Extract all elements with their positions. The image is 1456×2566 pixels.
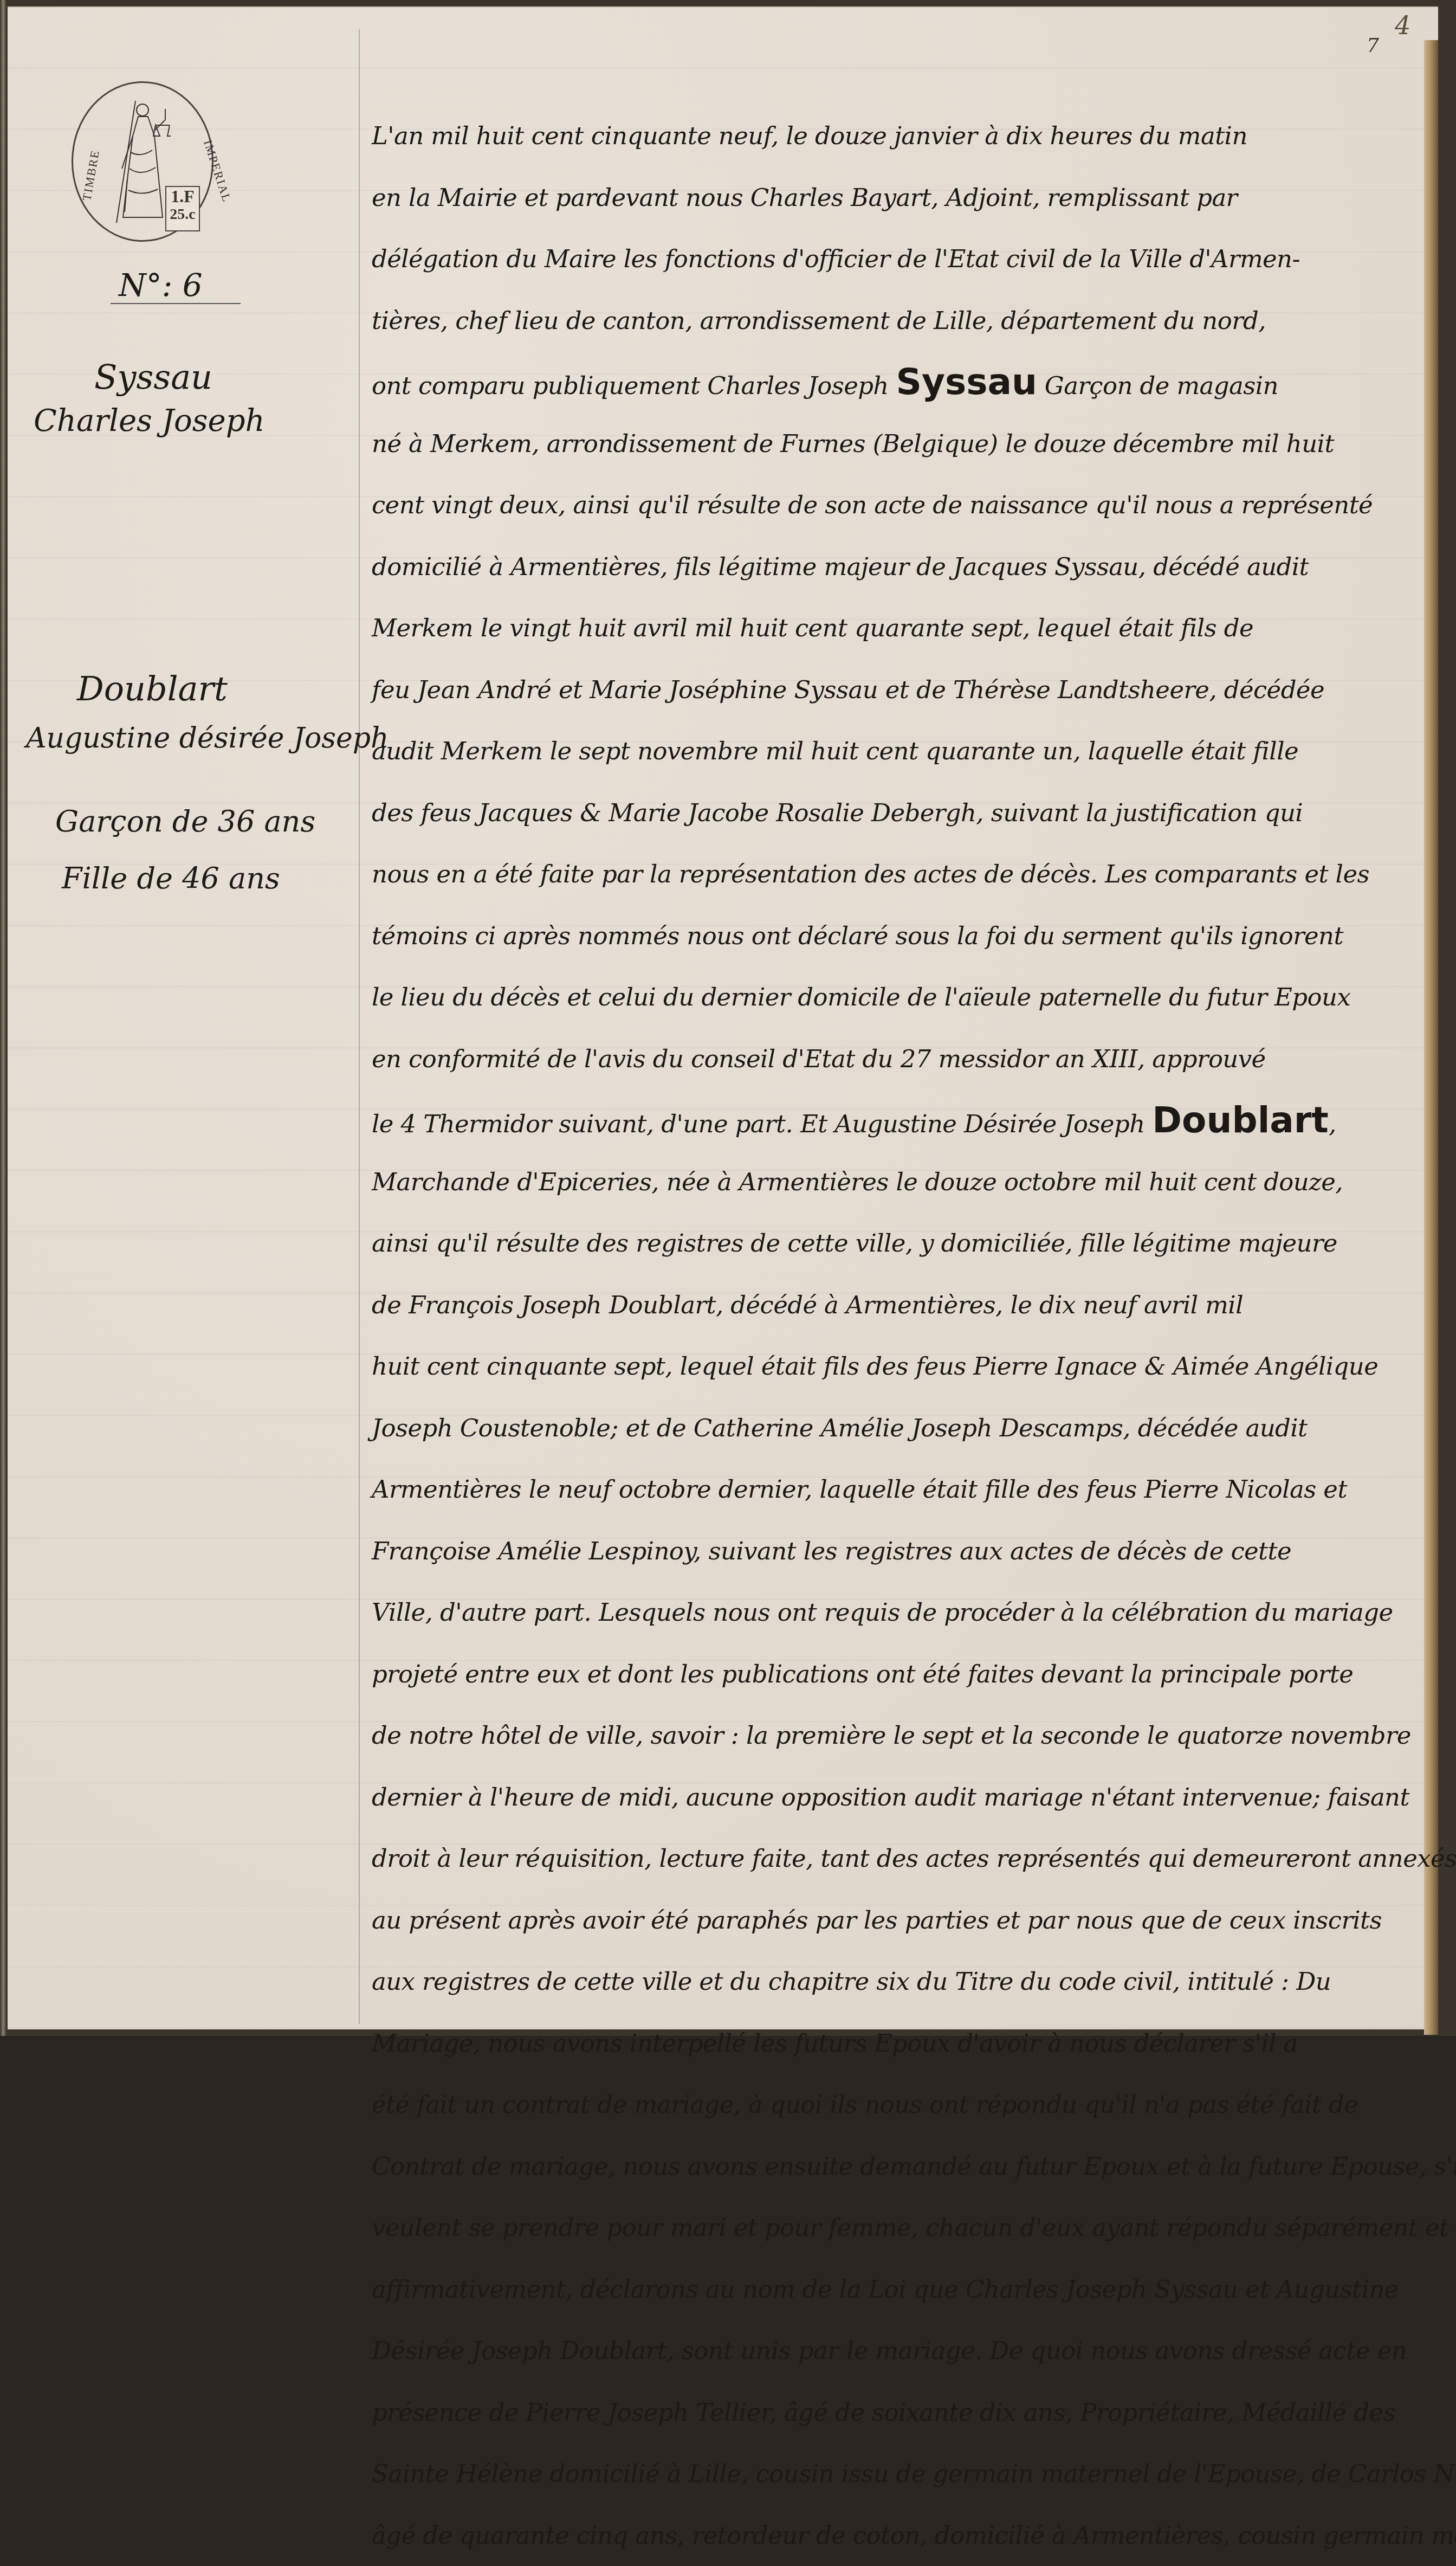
stamp-value: 1.F 25.c [165, 186, 200, 231]
act-line: Joseph Coustenoble; et de Catherine Amél… [372, 1397, 1434, 1459]
act-line: aux registres de cette ville et du chapi… [372, 1951, 1434, 2013]
bride-surname: Doublart [1152, 1099, 1329, 1141]
stamp-value-francs: 1.F [166, 187, 199, 205]
margin-bride-age: Fille de 46 ans [62, 861, 280, 895]
groom-surname: Syssau [896, 361, 1037, 403]
act-line-text: ont comparu publiquement Charles Joseph [372, 371, 896, 400]
act-line: en conformité de l'avis du conseil d'Eta… [372, 1028, 1434, 1090]
act-line: tières, chef lieu de canton, arrondissem… [372, 290, 1434, 352]
act-line: domicilié à Armentières, fils légitime m… [372, 536, 1434, 598]
act-line: droit à leur réquisition, lecture faite,… [372, 1828, 1434, 1890]
act-line: ont comparu publiquement Charles Joseph … [372, 351, 1434, 413]
act-line: ainsi qu'il résulte des registres de cet… [372, 1213, 1434, 1274]
act-line: audit Merkem le sept novembre mil huit c… [372, 720, 1434, 782]
act-line: nous en a été faite par la représentatio… [372, 843, 1434, 905]
entry-number: N°: 6 [119, 267, 203, 304]
act-line: Ville, d'autre part. Lesquels nous ont r… [372, 1582, 1434, 1643]
folio-number: 4 [1395, 11, 1410, 40]
act-line: le 4 Thermidor suivant, d'une part. Et A… [372, 1089, 1434, 1151]
act-line: dernier à l'heure de midi, aucune opposi… [372, 1766, 1434, 1828]
act-line: L'an mil huit cent cinquante neuf, le do… [372, 105, 1434, 167]
act-line: projeté entre eux et dont les publicatio… [372, 1643, 1434, 1705]
margin-bride-given-names: Augustine désirée Joseph [26, 722, 389, 755]
act-line-text: le 4 Thermidor suivant, d'une part. Et A… [372, 1110, 1152, 1138]
folio-mark: 7 [1367, 35, 1379, 57]
act-line: feu Jean André et Marie Joséphine Syssau… [372, 659, 1434, 721]
act-line: Mariage, nous avons interpellé les futur… [372, 2013, 1434, 2036]
act-line: de notre hôtel de ville, savoir : la pre… [372, 1705, 1434, 1766]
act-line: des feus Jacques & Marie Jacobe Rosalie … [372, 782, 1434, 844]
margin-groom-surname: Syssau [94, 357, 212, 397]
act-line: le lieu du décès et celui du dernier dom… [372, 966, 1434, 1028]
stamp-text-right: IMPERIAL [200, 138, 234, 204]
act-line: Françoise Amélie Lespinoy, suivant les r… [372, 1520, 1434, 1582]
act-line: témoins ci après nommés nous ont déclaré… [372, 905, 1434, 967]
entry-number-underline [111, 303, 241, 304]
act-line: de François Joseph Doublart, décédé à Ar… [372, 1274, 1434, 1336]
imperial-stamp: TIMBRE IMPERIAL 1.F 25.c [72, 81, 213, 242]
stamp-value-centimes: 25.c [166, 205, 199, 224]
justice-figure-icon [111, 98, 171, 225]
act-line: au présent après avoir été paraphés par … [372, 1890, 1434, 1951]
act-line: Merkem le vingt huit avril mil huit cent… [372, 597, 1434, 659]
margin-rule [359, 29, 360, 2024]
margin-groom-given-names: Charles Joseph [34, 403, 265, 439]
photo-background: 4 7 TIMBRE IMPERIAL 1.F 25.c [0, 0, 1456, 2036]
act-line-text: , [1329, 1110, 1336, 1138]
act-line: cent vingt deux, ainsi qu'il résulte de … [372, 474, 1434, 536]
act-line-text: Garçon de magasin [1037, 371, 1278, 400]
act-line: Marchande d'Epiceries, née à Armentières… [372, 1151, 1434, 1213]
stamp-text-left: TIMBRE [80, 149, 102, 202]
act-line: huit cent cinquante sept, lequel était f… [372, 1336, 1434, 1397]
act-line: délégation du Maire les fonctions d'offi… [372, 228, 1434, 290]
marriage-act-text: L'an mil huit cent cinquante neuf, le do… [372, 105, 1434, 2036]
register-page: 4 7 TIMBRE IMPERIAL 1.F 25.c [8, 7, 1438, 2029]
margin-bride-surname: Doublart [77, 669, 228, 708]
act-line: Armentières le neuf octobre dernier, laq… [372, 1459, 1434, 1520]
act-line: en la Mairie et pardevant nous Charles B… [372, 167, 1434, 229]
act-line: né à Merkem, arrondissement de Furnes (B… [372, 413, 1434, 475]
margin-groom-age: Garçon de 36 ans [55, 804, 315, 839]
